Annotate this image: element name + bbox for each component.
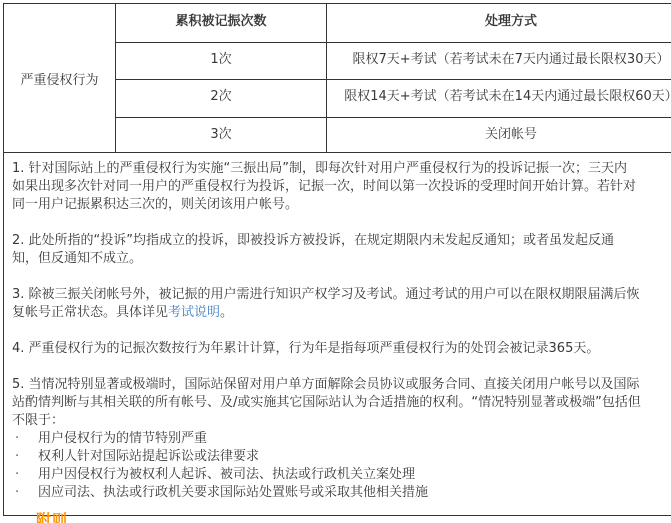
handling-method-3: 关闭帐号 bbox=[327, 118, 671, 153]
handling-method-1: 限权7天+考试（若考试未在7天内通过最长限权30天） bbox=[327, 43, 671, 80]
strike-count-3: 3次 bbox=[116, 118, 327, 153]
column-header-strike-count: 累积被记振次数 bbox=[116, 4, 327, 43]
note-4: 4. 严重侵权行为的记振次数按行为年累计计算，行为年是指每项严重侵权行为的处罚会… bbox=[12, 340, 671, 358]
note-3-text-after: 。 bbox=[220, 305, 233, 320]
strike-count-2: 2次 bbox=[116, 80, 327, 118]
list-item-text: 用户侵权行为的情节特别严重 bbox=[38, 430, 671, 448]
list-item: · 用户因侵权行为被权利人起诉、被司法、执法或行政机关立案处理 bbox=[12, 466, 671, 484]
note-5: 5. 当情况特别显著或极端时，国际站保留对用户单方面解除会员协议或服务合同、直接… bbox=[12, 376, 671, 430]
truncated-orange-heading: 附则 bbox=[36, 512, 68, 523]
column-header-handling-method: 处理方式 bbox=[327, 4, 671, 43]
note-1: 1. 针对国际站上的严重侵权行为实施“三振出局”制，即每次针对用户严重侵权行为的… bbox=[12, 160, 671, 214]
notes-cell: 1. 针对国际站上的严重侵权行为实施“三振出局”制，即每次针对用户严重侵权行为的… bbox=[4, 153, 671, 516]
exam-instructions-link[interactable]: 考试说明 bbox=[168, 305, 220, 320]
list-item: · 用户侵权行为的情节特别严重 bbox=[12, 430, 671, 448]
bullet-icon: · bbox=[12, 430, 38, 448]
list-item-text: 用户因侵权行为被权利人起诉、被司法、执法或行政机关立案处理 bbox=[38, 466, 671, 484]
extreme-cases-list: · 用户侵权行为的情节特别严重 · 权利人针对国际站提起诉讼或法律要求 · 用户… bbox=[12, 430, 671, 502]
bullet-icon: · bbox=[12, 484, 38, 502]
note-2: 2. 此处所指的“投诉”均指成立的投诉，即被投诉方被投诉，在规定期限内未发起反通… bbox=[12, 232, 671, 268]
policy-page: 严重侵权行为 累积被记振次数 处理方式 1次 限权7天+考试（若考试未在7天内通… bbox=[0, 0, 671, 523]
list-item: · 因应司法、执法或行政机关要求国际站处置账号或采取其他相关措施 bbox=[12, 484, 671, 502]
behavior-type-cell: 严重侵权行为 bbox=[4, 4, 116, 153]
strike-count-1: 1次 bbox=[116, 43, 327, 80]
note-3-text-before: 3. 除被三振关闭帐号外，被记振的用户需进行知识产权学习及考试。通过考试的用户可… bbox=[12, 287, 640, 320]
bullet-icon: · bbox=[12, 448, 38, 466]
bullet-icon: · bbox=[12, 466, 38, 484]
list-item-text: 权利人针对国际站提起诉讼或法律要求 bbox=[38, 448, 671, 466]
list-item: · 权利人针对国际站提起诉讼或法律要求 bbox=[12, 448, 671, 466]
handling-method-2: 限权14天+考试（若考试未在14天内通过最长限权60天） bbox=[327, 80, 671, 118]
list-item-text: 因应司法、执法或行政机关要求国际站处置账号或采取其他相关措施 bbox=[38, 484, 671, 502]
infringement-penalty-table: 严重侵权行为 累积被记振次数 处理方式 1次 限权7天+考试（若考试未在7天内通… bbox=[3, 3, 671, 516]
note-3: 3. 除被三振关闭帐号外，被记振的用户需进行知识产权学习及考试。通过考试的用户可… bbox=[12, 286, 671, 322]
